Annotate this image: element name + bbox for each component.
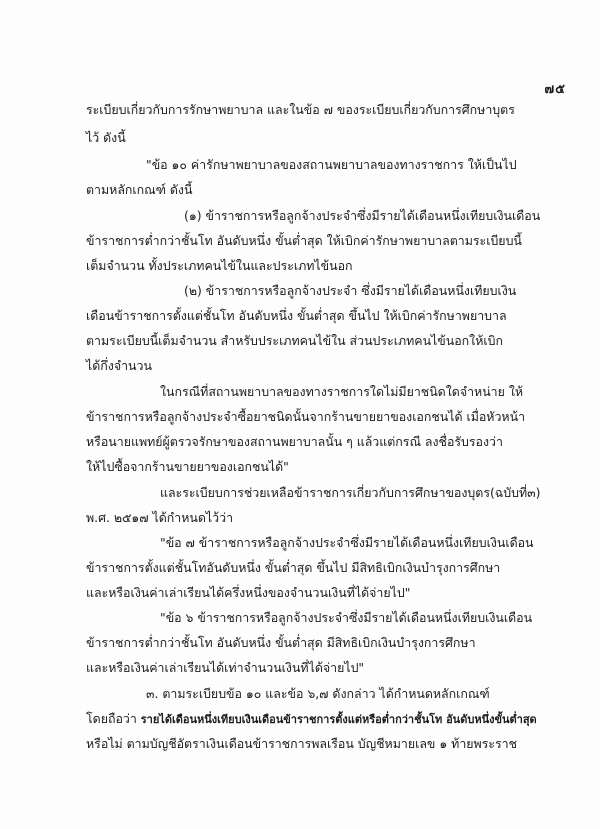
document-line: ตามระเบียบนี้เต็มจำนวน สำหรับประเภทคนไข้…: [86, 333, 503, 349]
document-line: ๓. ตามระเบียบข้อ ๑๐ และข้อ ๖,๗ ดังกล่าว …: [146, 686, 490, 702]
document-line: ระเบียบเกี่ยวกับการรักษาพยาบาล และในข้อ …: [86, 102, 515, 118]
criteria-bold-income: รายได้เดือนหนึ่งเทียบเงินเดือนข้าราชการต…: [141, 713, 446, 726]
document-page: ๗๕ ระเบียบเกี่ยวกับการรักษาพยาบาล และในข…: [0, 0, 600, 829]
document-line: ตามหลักเกณฑ์ ดังนี้: [86, 182, 192, 198]
document-line: เต็มจำนวน ทั้งประเภทคนไข้ในและประเภทไข้น…: [86, 258, 353, 274]
document-line: (๒) ข้าราชการหรือลูกจ้างประจำ ซึ่งมีรายไ…: [184, 283, 516, 299]
document-line: หรือนายแพทย์ผู้ตรวจรักษาของสถานพยาบาลนั้…: [86, 434, 503, 450]
document-line: "ข้อ ๑๐ ค่ารักษาพยาบาลของสถานพยาบาลของทา…: [146, 157, 517, 173]
document-line: พ.ศ. ๒๕๑๗ ได้กำหนดไว้ว่า: [86, 510, 233, 526]
document-line: ข้าราชการต่ำกว่าชั้นโท อันดับหนึ่ง ขั้นต…: [86, 635, 476, 651]
criteria-bold-rank: อันดับหนึ่งขั้นต่ำสุด: [446, 713, 537, 726]
document-line: ให้ไปซื้อจากร้านขายยาของเอกชนได้": [86, 459, 289, 475]
document-line: และหรือเงินค่าเล่าเรียนได้ครึ่งหนึ่งของจ…: [86, 585, 410, 601]
document-line: ได้กึ่งจำนวน: [86, 358, 152, 374]
page-number: ๗๕: [544, 78, 566, 99]
document-line: ข้าราชการตั้งแต่ชั้นโทอันดับหนึ่ง ขั้นต่…: [86, 560, 500, 576]
document-line: หรือไม่ ตามบัญชีอัตราเงินเดือนข้าราชการพ…: [86, 736, 517, 752]
document-line: "ข้อ ๗ ข้าราชการหรือลูกจ้างประจำซึ่งมีรา…: [160, 535, 534, 551]
document-line: ไว้ ดังนี้: [86, 130, 126, 146]
document-line: (๑) ข้าราชการหรือลูกจ้างประจำซึ่งมีรายได…: [184, 208, 540, 224]
document-line: ข้าราชการต่ำกว่าชั้นโท อันดับหนึ่ง ขั้นต…: [86, 233, 522, 249]
document-line-criteria: โดยถือว่า รายได้เดือนหนึ่งเทียบเงินเดือน…: [86, 711, 537, 728]
document-line: และระเบียบการช่วยเหลือข้าราชการเกี่ยวกับ…: [160, 485, 540, 501]
document-line: "ข้อ ๖ ข้าราชการหรือลูกจ้างประจำซึ่งมีรา…: [160, 610, 532, 626]
document-line: เดือนข้าราชการตั้งแต่ชั้นโท อันดับหนึ่ง …: [86, 308, 507, 324]
document-line: และหรือเงินค่าเล่าเรียนได้เท่าจำนวนเงินท…: [86, 660, 364, 676]
criteria-label: โดยถือว่า: [86, 711, 141, 726]
document-line: ในกรณีที่สถานพยาบาลของทางราชการใดไม่มียา…: [160, 384, 523, 400]
document-line: ข้าราชการหรือลูกจ้างประจำซื้อยาชนิดนั้นจ…: [86, 409, 525, 425]
